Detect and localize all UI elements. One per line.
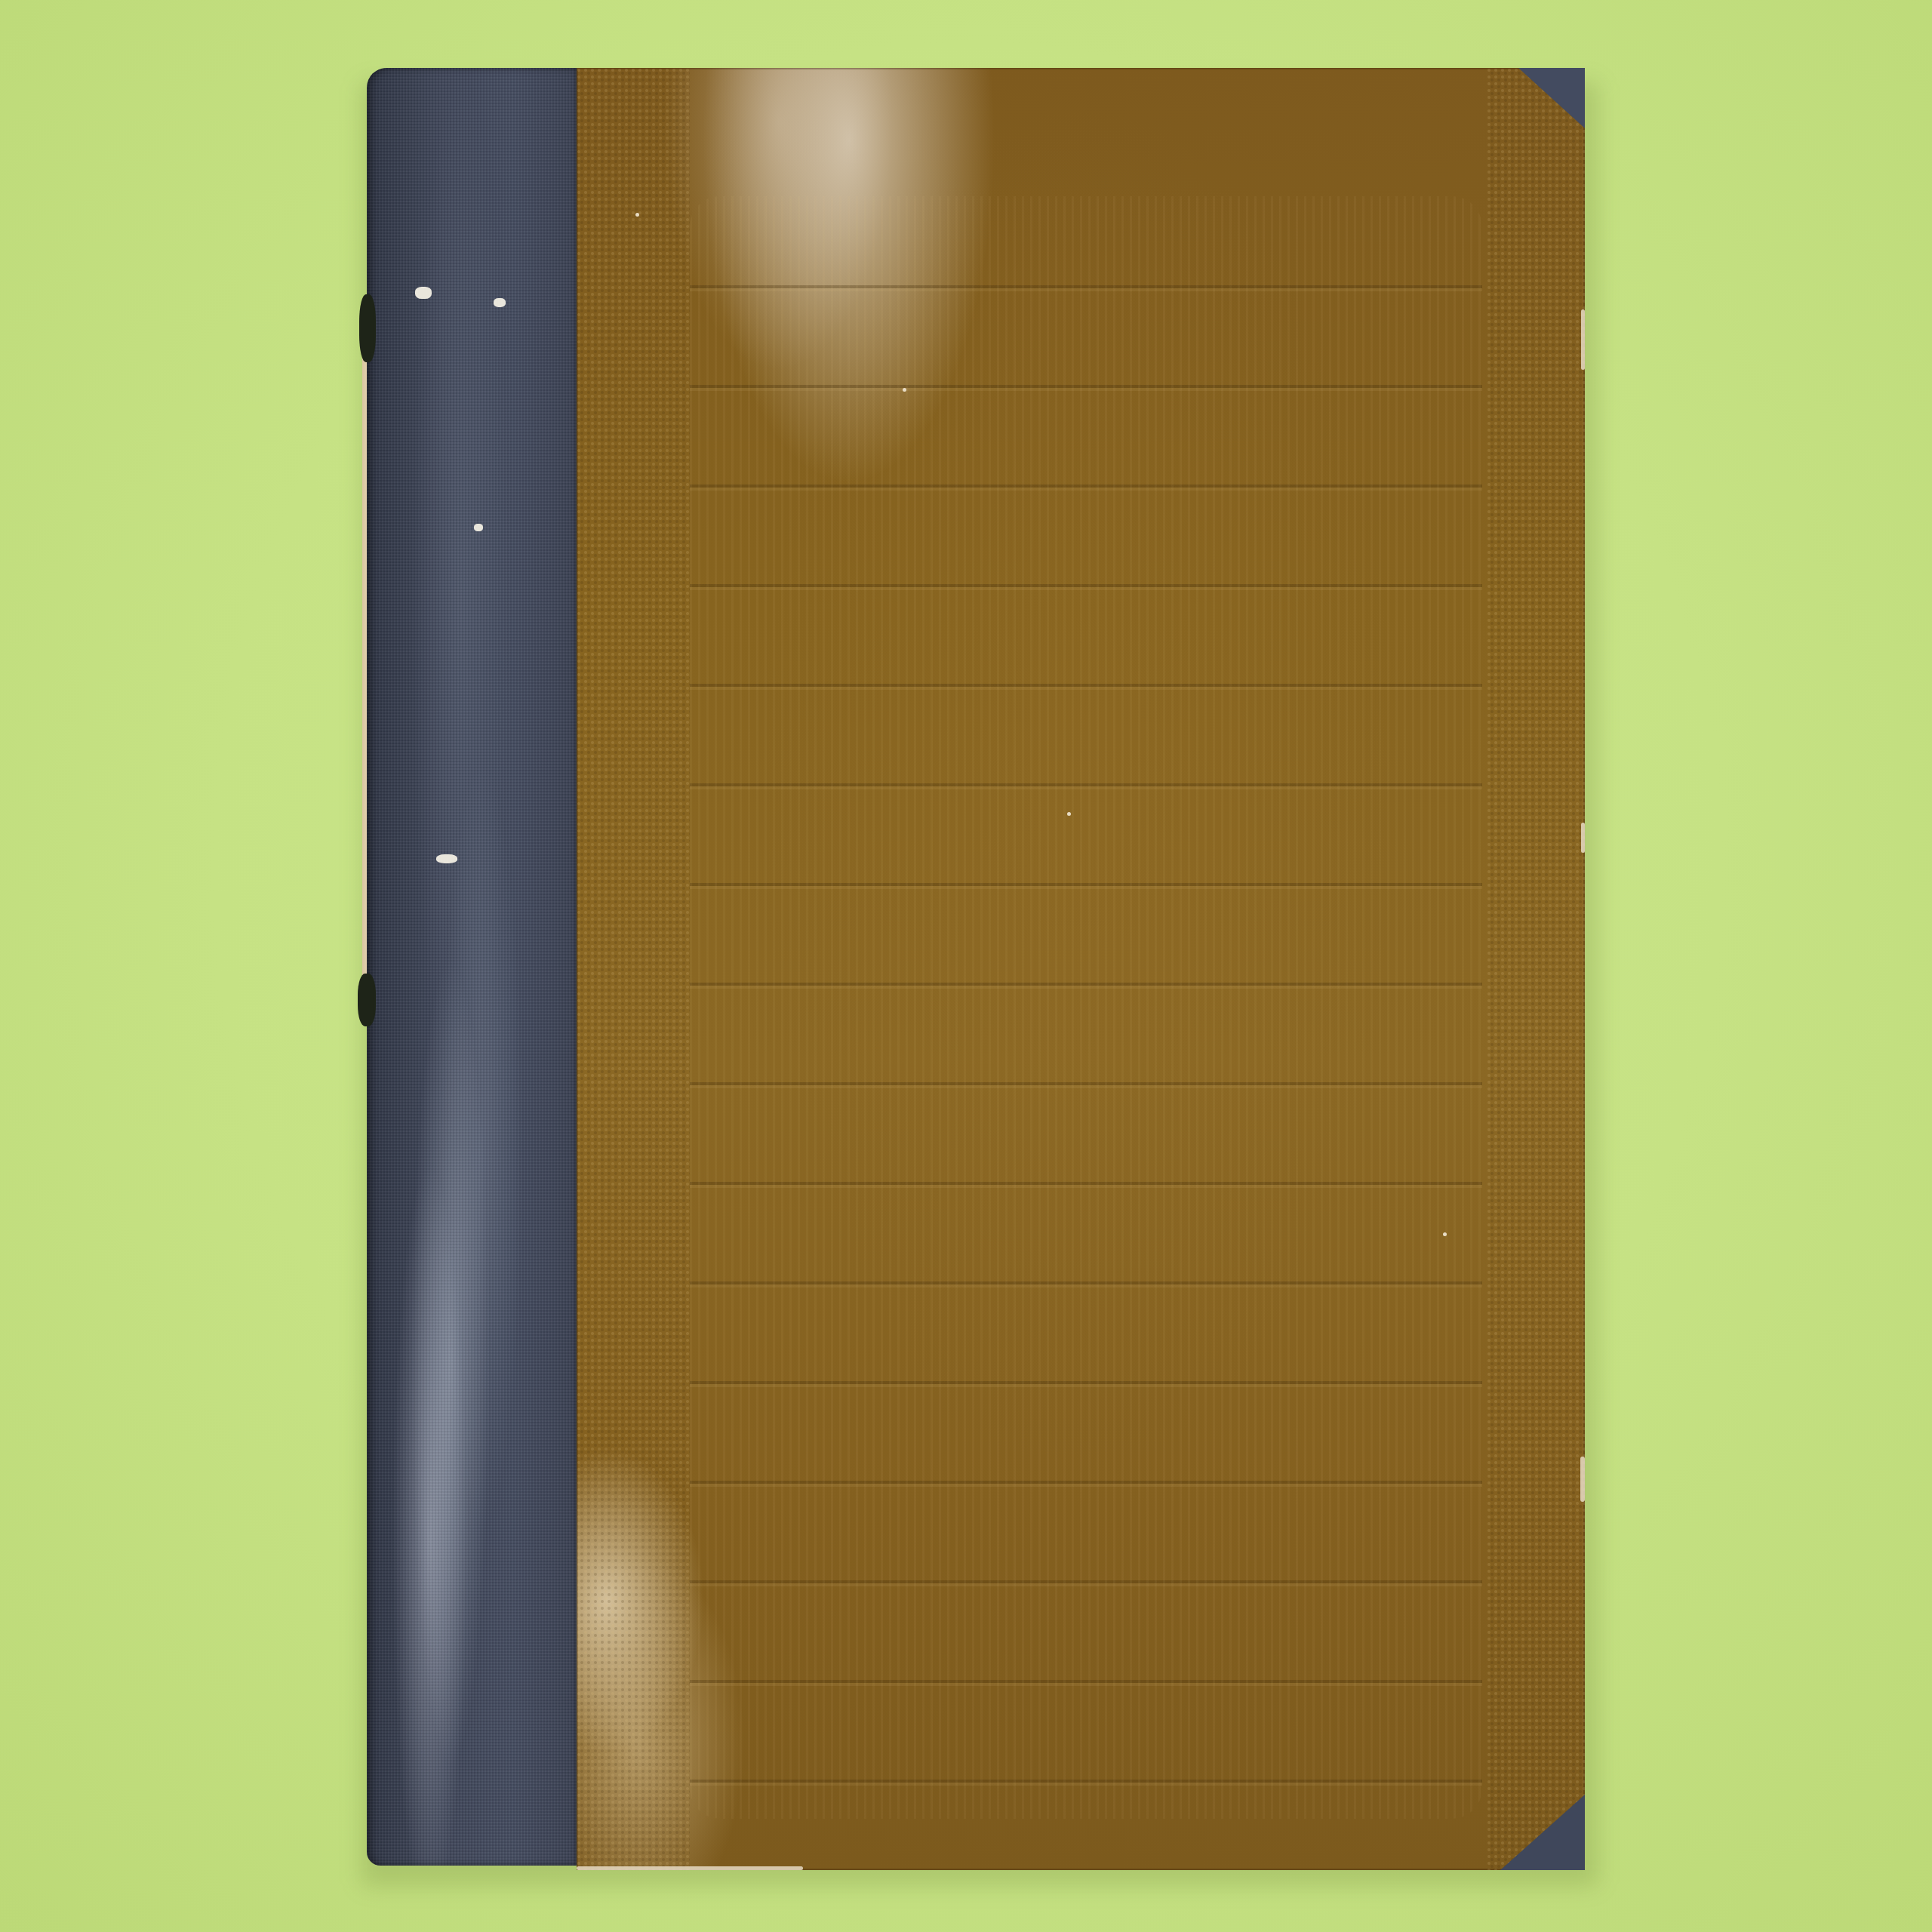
spine-wear-spot [494,298,506,307]
spine-wear-spot [415,287,432,299]
cover-pebble-texture-left [577,68,690,1870]
book-front-cover [577,68,1585,1870]
cover-pebble-texture-right [1487,68,1585,1870]
cover-corner-top-right [1518,68,1585,128]
cover-corner-bottom-right [1500,1795,1585,1870]
cover-edge-wear [1581,823,1585,853]
cover-speck [1067,812,1071,816]
frayed-cloth [358,974,376,1026]
spine-wear-spot [474,524,483,531]
cover-crocodile-emboss [690,196,1482,1819]
book-spine [367,68,577,1866]
spine-wear-spot [436,854,457,863]
cover-speck [635,213,639,217]
frayed-cloth [359,294,376,362]
cover-edge-wear [1581,309,1585,370]
book [349,68,1586,1872]
cover-speck [1443,1232,1447,1236]
cover-speck [903,388,906,392]
cover-edge-wear [577,1866,803,1870]
cover-edge-wear [1580,1457,1585,1502]
